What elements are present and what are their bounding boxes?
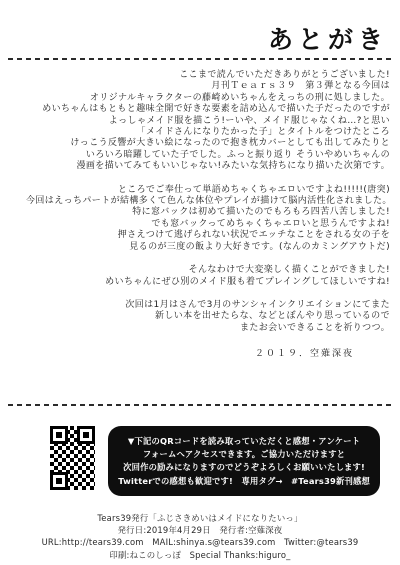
body-line: めいちゃんにぜひ別のメイド服も着てプレイングしてほしいですね! — [26, 277, 390, 288]
dashed-divider-bottom — [8, 404, 392, 406]
paragraph-1: ここまで読んでいただきありがとうございました! 月刊Ｔｅａｒｓ３９ 第３弾となる… — [26, 70, 390, 173]
body-line: 「メイドさんになりたかった子」とタイトルをつけたところ — [26, 127, 390, 138]
qr-section: ▼下記のQRコードを読み取っていただくと感想・アンケート フォームへアクセスでき… — [50, 426, 380, 496]
body-line: 今回はえっちパートが結構多くて色んな体位やプレイが描けて脳内活性化されました。 — [26, 196, 390, 207]
body-line: オリジナルキャラクターの藤崎めいちゃんをえっちの刑に処しました。 — [26, 93, 390, 104]
qr-finder-icon — [77, 426, 95, 444]
qr-notice-line: 次回作の励みになりますのでどうぞよろしくお願いいたします! — [118, 461, 370, 474]
paragraph-3: そんなわけで大変楽しく描くことができました! めいちゃんにぜひ別のメイド服も着て… — [26, 265, 390, 288]
qr-notice-line: ▼下記のQRコードを読み取っていただくと感想・アンケート — [118, 435, 370, 448]
qr-notice-box: ▼下記のQRコードを読み取っていただくと感想・アンケート フォームへアクセスでき… — [108, 426, 380, 496]
body-line: 次回は1月はさんで3月のサンシャインクリエイションにてまた — [26, 300, 390, 311]
signature-line: ２０１９．空薙深夜 — [26, 349, 390, 360]
dashed-divider-top — [8, 58, 392, 60]
body-line: よっしゃメイド服を描こう!ーいや、メイド服じゃなくね…?と思い — [26, 116, 390, 127]
qr-notice-line: Twitterでの感想も歓迎です! 専用タグ→ #Tears39新刊感想 — [118, 475, 370, 488]
colophon-publisher-line: Tears39発行「ふじさきめいはメイドになりたいっ」 — [0, 512, 400, 524]
body-line: 見るのが三度の飯より大好きです。(なんのカミングアウトだ) — [26, 242, 390, 253]
body-line: 新しい本を出せたらな、などとぼんやり思っているので — [26, 311, 390, 322]
colophon-contact-line: URL:http://tears39.com MAIL:shinya.s@tea… — [0, 536, 400, 548]
body-line: またお会いできることを祈りつつ。 — [26, 323, 390, 334]
body-line: けっこう反響が大きい絵になったので抱き枕カバーとしても出してみたりと — [26, 138, 390, 149]
body-line: でも窓バックってめちゃくちゃエロいと思うんですよね! — [26, 219, 390, 230]
page-title: あとがき — [268, 20, 388, 56]
paragraph-2: ところでご奉仕って単語めちゃくちゃエロいですよね!!!!!(唐突) 今回はえっち… — [26, 185, 390, 253]
colophon: Tears39発行「ふじさきめいはメイドになりたいっ」 発行日:2019年4月2… — [0, 512, 400, 561]
body-line: いろいろ暗躍していた子でした。ふっと振り返り そういやめいちゃんの — [26, 150, 390, 161]
colophon-date-line: 発行日:2019年4月29日 発行者:空薙深夜 — [0, 524, 400, 536]
body-line: 特に窓バックは初めて描いたのでもろもろ四苦八苦しました! — [26, 207, 390, 218]
body-line: 月刊Ｔｅａｒｓ３９ 第３弾となる今回は — [26, 81, 390, 92]
body-line: そんなわけで大変楽しく描くことができました! — [26, 265, 390, 276]
afterword-page: あとがき ここまで読んでいただきありがとうございました! 月刊Ｔｅａｒｓ３９ 第… — [0, 0, 400, 565]
qr-code — [50, 426, 95, 490]
body-line: 漫画を描いてみてもいいじゃない!みたいな気持ちになり描いた次第です。 — [26, 161, 390, 172]
paragraph-4: 次回は1月はさんで3月のサンシャインクリエイションにてまた 新しい本を出せたらな… — [26, 300, 390, 334]
body-line: めいちゃんはもともと趣味全開で好きな要素を詰め込んで描いた子だったのですが — [26, 104, 390, 115]
qr-finder-icon — [50, 426, 68, 444]
colophon-printer-line: 印刷:ねこのしっぽ Special Thanks:higuro_ — [0, 549, 400, 561]
body-line: 押さえつけて逃げられない状況でエッチなことをされる女の子を — [26, 230, 390, 241]
qr-finder-icon — [50, 472, 68, 490]
body-line: ここまで読んでいただきありがとうございました! — [26, 70, 390, 81]
qr-notice-line: フォームへアクセスできます。ご協力いただけますと — [118, 448, 370, 461]
afterword-body: ここまで読んでいただきありがとうございました! 月刊Ｔｅａｒｓ３９ 第３弾となる… — [26, 70, 390, 361]
body-line: ところでご奉仕って単語めちゃくちゃエロいですよね!!!!!(唐突) — [26, 185, 390, 196]
